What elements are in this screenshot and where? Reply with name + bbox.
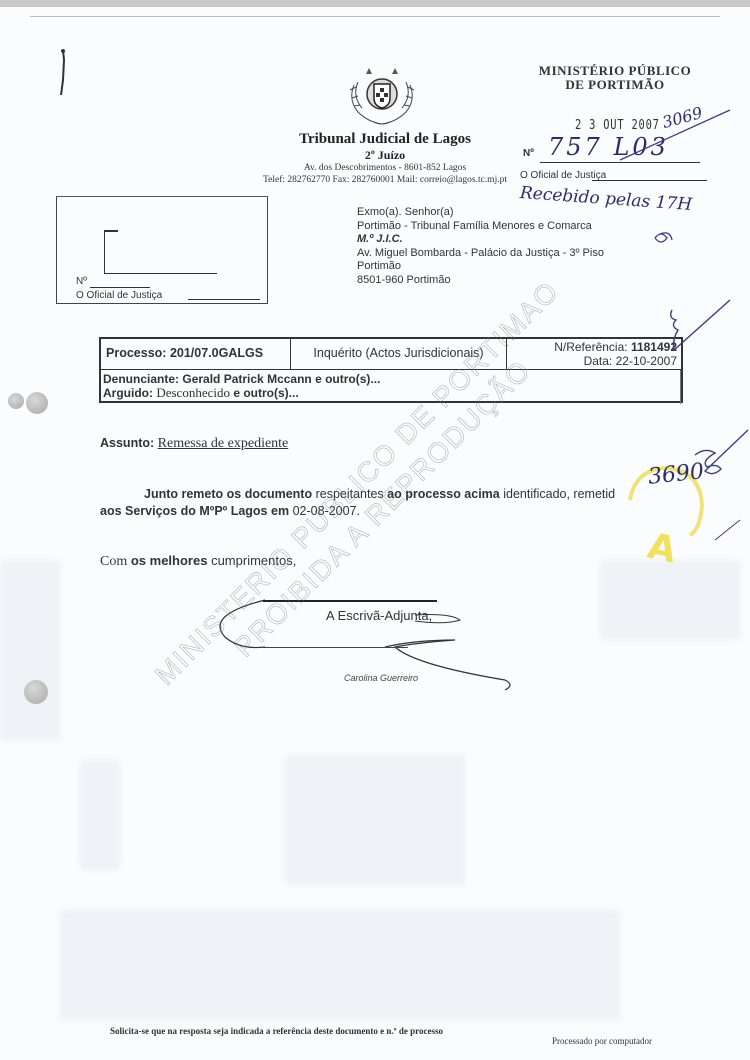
scan-blotch xyxy=(80,760,120,870)
court-name: Tribunal Judicial de Lagos xyxy=(260,131,510,148)
addressee-line: Portimão - Tribunal Família Menores e Co… xyxy=(357,220,604,234)
body-text: ao xyxy=(387,487,402,501)
left-stamp-tick xyxy=(104,230,118,232)
subject-label: Assunto: xyxy=(100,436,154,450)
body-text: em xyxy=(271,504,289,518)
closing-text: cumprimentos, xyxy=(211,553,296,568)
addressee-line: 8501-960 Portimão xyxy=(357,274,604,288)
left-stamp-number-label: Nº xyxy=(76,276,87,287)
complainant-value: Gerald Patrick Mccann e outro(s)... xyxy=(182,372,380,386)
handwritten-strokes-icon xyxy=(600,60,750,600)
process-table-header-row: Processo: 201/07.0GALGS Inquérito (Actos… xyxy=(101,339,681,370)
signer-role: A Escrivã-Adjunta, xyxy=(326,608,432,623)
closing-text: Com xyxy=(100,554,127,569)
left-stamp-inner-bracket xyxy=(104,230,217,274)
addressee-line: Portimão xyxy=(357,260,604,274)
body-text: documento xyxy=(245,487,312,501)
complainant-label: Denunciante: xyxy=(103,372,179,386)
subject-line: Assunto: Remessa de expediente xyxy=(100,436,288,452)
body-text: Junto remeto os xyxy=(144,487,241,501)
page-top-rule xyxy=(30,16,720,17)
court-address: Av. dos Descobrimentos - 8601-852 Lagos xyxy=(240,163,530,173)
stamp-number-label: Nº xyxy=(523,148,534,159)
process-label: Processo: xyxy=(106,346,166,360)
accused-label: Arguido: xyxy=(103,386,153,400)
footer-note: Solicita-se que na resposta seja indicad… xyxy=(110,1026,443,1036)
addressee-block: Exmo(a). Senhor(a) Portimão - Tribunal F… xyxy=(357,206,604,287)
addressee-line: M.º J.I.C. xyxy=(357,233,604,247)
left-stamp-oficial-label: O Oficial de Justiça xyxy=(76,290,162,301)
left-stamp-number-line xyxy=(90,287,150,288)
punch-hole xyxy=(24,680,48,704)
process-type-cell: Inquérito (Actos Jurisdicionais) xyxy=(291,339,507,369)
footer-processed: Processado por computador xyxy=(552,1036,652,1046)
pen-mark-icon xyxy=(55,45,75,105)
body-text: 02-08-2007. xyxy=(293,504,360,518)
process-number-cell: Processo: 201/07.0GALGS xyxy=(101,339,291,369)
coat-of-arms-icon xyxy=(344,60,420,130)
process-value: 201/07.0GALGS xyxy=(170,346,263,360)
body-text: aos Serviços do MºPº Lagos xyxy=(100,504,268,518)
closing-text: os melhores xyxy=(131,553,208,568)
signer-name: Carolina Guerreiro xyxy=(344,673,418,683)
scan-top-band xyxy=(0,0,750,7)
body-text: respeitantes xyxy=(316,487,384,501)
scan-blotch xyxy=(0,560,60,740)
body-paragraph: Junto remeto os documento respeitantes a… xyxy=(100,486,660,520)
accused-suffix: e outro(s)... xyxy=(233,386,298,400)
signature-top-line xyxy=(263,600,437,602)
addressee-line: Exmo(a). Senhor(a) xyxy=(357,206,604,220)
subject-value: Remessa de expediente xyxy=(158,436,289,451)
body-text: identificado, remetid xyxy=(503,487,615,501)
scan-blotch xyxy=(285,755,465,885)
addressee-line: Av. Miguel Bombarda - Palácio da Justiça… xyxy=(357,247,604,261)
body-text: processo acima xyxy=(405,487,500,501)
signature-bottom-line xyxy=(263,647,408,648)
punch-hole xyxy=(26,392,48,414)
left-stamp-oficial-line xyxy=(188,299,260,300)
closing-line: Com os melhores cumprimentos, xyxy=(100,553,296,570)
court-section: 2º Juízo xyxy=(260,148,510,163)
scan-blotch xyxy=(60,910,620,1020)
punch-hole xyxy=(8,393,24,409)
court-contacts: Telef: 282762770 Fax: 282760001 Mail: co… xyxy=(225,175,545,185)
accused-value: Desconhecido xyxy=(156,385,230,400)
